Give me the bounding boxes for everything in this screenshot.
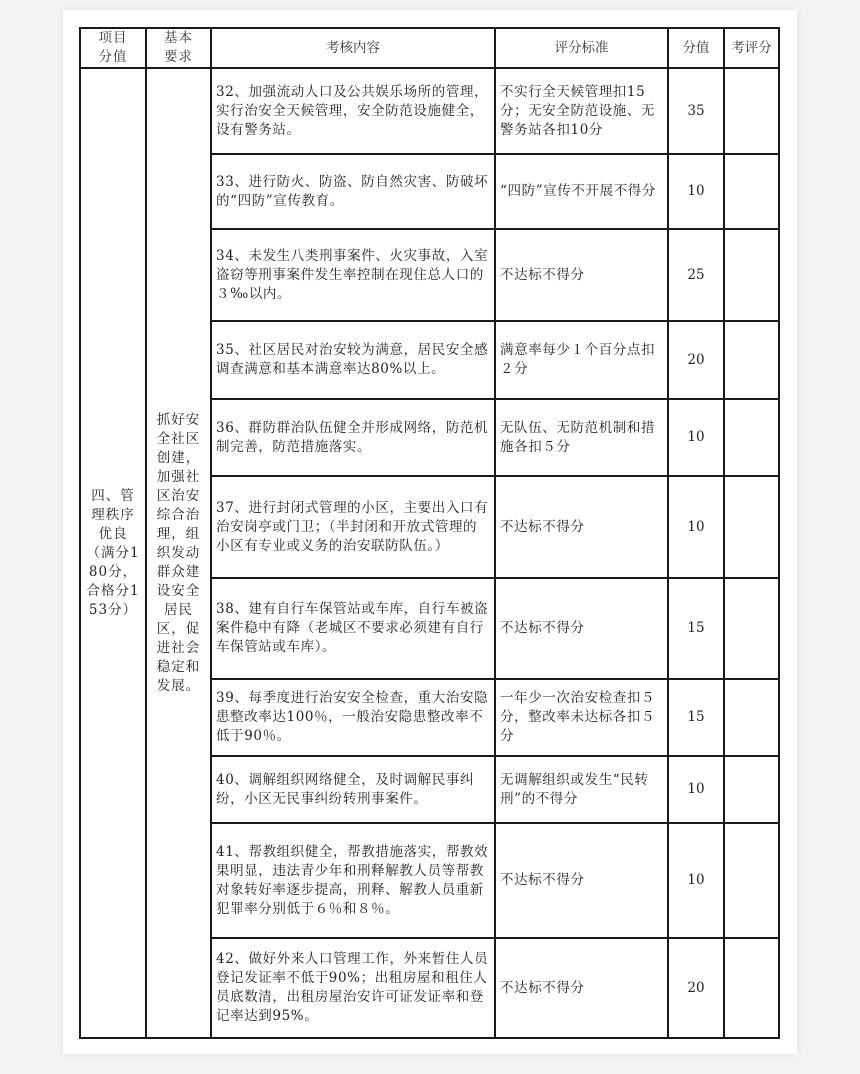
assessment-table: 项目分值 基本要求 考核内容 评分标准 分值 考评分 四、管理秩序优良（满分18… bbox=[79, 27, 780, 1039]
content-cell: 34、未发生八类刑事案件、火灾事故，入室盗窃等刑事案件发生率控制在现住总人口的３… bbox=[211, 229, 495, 321]
content-cell: 35、社区居民对治安较为满意，居民安全感调查满意和基本满意率达80%以上。 bbox=[211, 321, 495, 399]
eval-score-cell[interactable] bbox=[724, 154, 779, 229]
content-cell: 37、进行封闭式管理的小区，主要出入口有治安岗亭或门卫；（半封闭和开放式管理的小… bbox=[211, 476, 495, 578]
score-cell: 20 bbox=[668, 938, 724, 1038]
content-cell: 42、做好外来人口管理工作，外来暂住人员登记发证率不低于90%；出租房屋和租住人… bbox=[211, 938, 495, 1038]
score-cell: 10 bbox=[668, 476, 724, 578]
content-cell: 32、加强流动人口及公共娱乐场所的管理，实行治安全天候管理，安全防范设施健全，设… bbox=[211, 68, 495, 154]
eval-score-cell[interactable] bbox=[724, 321, 779, 399]
content-cell: 33、进行防火、防盗、防自然灾害、防破坏的“四防”宣传教育。 bbox=[211, 154, 495, 229]
content-cell: 39、每季度进行治安安全检查，重大治安隐患整改率达100％，一般治安隐患整改率不… bbox=[211, 679, 495, 756]
score-cell: 10 bbox=[668, 756, 724, 823]
standard-cell: 无队伍、无防范机制和措施各扣５分 bbox=[495, 399, 668, 476]
score-cell: 15 bbox=[668, 578, 724, 679]
eval-score-cell[interactable] bbox=[724, 68, 779, 154]
section-project-cell: 四、管理秩序优良（满分180分，合格分153分） bbox=[80, 68, 146, 1038]
section-project-text: 四、管理秩序优良（满分180分，合格分153分） bbox=[85, 487, 141, 620]
eval-score-cell[interactable] bbox=[724, 679, 779, 756]
eval-score-cell[interactable] bbox=[724, 476, 779, 578]
section-requirement-cell: 抓好安全社区创建，加强社区治安综合治理，组织发动群众建设安全居民区，促进社会稳定… bbox=[146, 68, 211, 1038]
eval-score-cell[interactable] bbox=[724, 399, 779, 476]
standard-cell: 不达标不得分 bbox=[495, 578, 668, 679]
table-header-row: 项目分值 基本要求 考核内容 评分标准 分值 考评分 bbox=[80, 28, 779, 68]
eval-score-cell[interactable] bbox=[724, 823, 779, 938]
standard-cell: 不达标不得分 bbox=[495, 476, 668, 578]
score-cell: 10 bbox=[668, 399, 724, 476]
eval-score-cell[interactable] bbox=[724, 229, 779, 321]
standard-cell: 满意率每少１个百分点扣２分 bbox=[495, 321, 668, 399]
standard-cell: 无调解组织或发生“民转刑”的不得分 bbox=[495, 756, 668, 823]
score-cell: 10 bbox=[668, 154, 724, 229]
eval-score-cell[interactable] bbox=[724, 756, 779, 823]
header-evaluated-score: 考评分 bbox=[724, 28, 779, 68]
section-requirement-text: 抓好安全社区创建，加强社区治安综合治理，组织发动群众建设安全居民区，促进社会稳定… bbox=[151, 411, 207, 696]
standard-cell: 不达标不得分 bbox=[495, 823, 668, 938]
score-cell: 35 bbox=[668, 68, 724, 154]
header-project-score: 项目分值 bbox=[80, 28, 146, 68]
header-assessment-content: 考核内容 bbox=[211, 28, 495, 68]
table-row: 四、管理秩序优良（满分180分，合格分153分） 抓好安全社区创建，加强社区治安… bbox=[80, 68, 779, 154]
content-cell: 41、帮教组织健全，帮教措施落实，帮教效果明显，违法青少年和刑释解教人员等帮教对… bbox=[211, 823, 495, 938]
standard-cell: 不达标不得分 bbox=[495, 938, 668, 1038]
header-scoring-standard: 评分标准 bbox=[495, 28, 668, 68]
header-basic-requirement: 基本要求 bbox=[146, 28, 211, 68]
standard-cell: “四防”宣传不开展不得分 bbox=[495, 154, 668, 229]
header-score: 分值 bbox=[668, 28, 724, 68]
score-cell: 20 bbox=[668, 321, 724, 399]
standard-cell: 不达标不得分 bbox=[495, 229, 668, 321]
document-page: 项目分值 基本要求 考核内容 评分标准 分值 考评分 四、管理秩序优良（满分18… bbox=[63, 10, 797, 1054]
score-cell: 15 bbox=[668, 679, 724, 756]
content-cell: 36、群防群治队伍健全并形成网络，防范机制完善，防范措施落实。 bbox=[211, 399, 495, 476]
eval-score-cell[interactable] bbox=[724, 938, 779, 1038]
score-cell: 10 bbox=[668, 823, 724, 938]
content-cell: 40、调解组织网络健全，及时调解民事纠纷，小区无民事纠纷转刑事案件。 bbox=[211, 756, 495, 823]
standard-cell: 不实行全天候管理扣15分；无安全防范设施、无警务站各扣10分 bbox=[495, 68, 668, 154]
score-cell: 25 bbox=[668, 229, 724, 321]
eval-score-cell[interactable] bbox=[724, 578, 779, 679]
standard-cell: 一年少一次治安检查扣５分，整改率未达标各扣５分 bbox=[495, 679, 668, 756]
content-cell: 38、建有自行车保管站或车库，自行车被盗案件稳中有降（老城区不要求必须建有自行车… bbox=[211, 578, 495, 679]
